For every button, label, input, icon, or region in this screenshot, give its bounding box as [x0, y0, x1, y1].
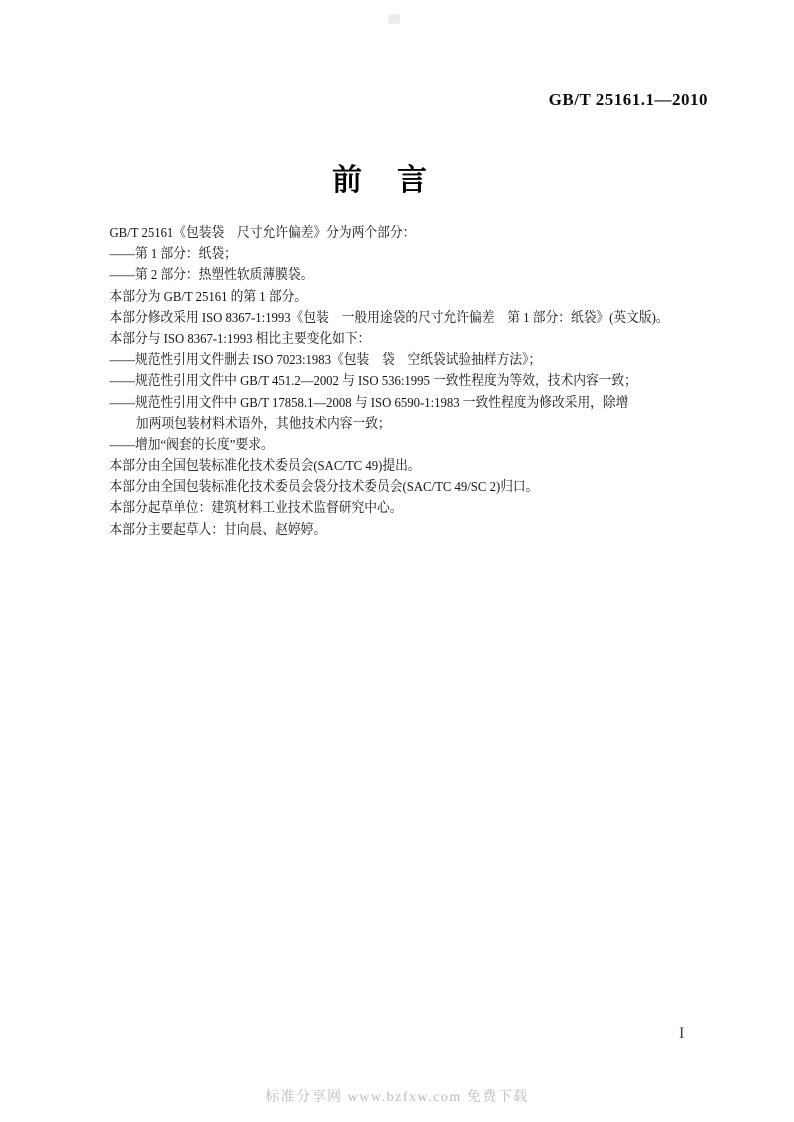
foreword-line: ——规范性引用文件中 GB/T 17858.1—2008 与 ISO 6590-… [84, 393, 721, 414]
page-number: I [679, 1025, 684, 1043]
foreword-line: ——规范性引用文件删去 ISO 7023:1983《包装 袋 空纸袋试验抽样方法… [84, 350, 721, 371]
foreword-body: GB/T 25161《包装袋 尺寸允许偏差》分为两个部分：——第 1 部分：纸袋… [84, 223, 721, 541]
scan-artifact [388, 14, 400, 24]
foreword-line: GB/T 25161《包装袋 尺寸允许偏差》分为两个部分： [84, 223, 721, 244]
document-page: GB/T 25161.1—2010 前言 GB/T 25161《包装袋 尺寸允许… [0, 0, 794, 1122]
foreword-line: 加两项包装材料术语外，其他技术内容一致； [84, 414, 721, 435]
watermark-text: 标准分享网 www.bzfxw.com 免费下载 [265, 1090, 529, 1105]
foreword-line: 本部分由全国包装标准化技术委员会(SAC/TC 49)提出。 [84, 456, 721, 477]
foreword-line: ——第 2 部分：热塑性软质薄膜袋。 [84, 265, 721, 286]
foreword-line: 本部分主要起草人：甘向晨、赵婷婷。 [84, 520, 721, 541]
foreword-line: ——第 1 部分：纸袋； [84, 244, 721, 265]
foreword-line: ——规范性引用文件中 GB/T 451.2—2002 与 ISO 536:199… [84, 371, 721, 392]
foreword-line: 本部分为 GB/T 25161 的第 1 部分。 [84, 287, 721, 308]
foreword-line: 本部分起草单位：建筑材料工业技术监督研究中心。 [84, 498, 721, 519]
foreword-line: 本部分修改采用 ISO 8367-1:1993《包装 一般用途袋的尺寸允许偏差 … [84, 308, 721, 329]
page-title: 前言 [332, 164, 462, 197]
page-header: GB/T 25161.1—2010 [0, 90, 708, 110]
foreword-line: ——增加“阀套的长度”要求。 [84, 435, 721, 456]
foreword-line: 本部分由全国包装标准化技术委员会袋分技术委员会(SAC/TC 49/SC 2)归… [84, 477, 721, 498]
standard-number: GB/T 25161.1—2010 [549, 90, 708, 109]
title-row: 前言 [0, 155, 794, 199]
foreword-line: 本部分与 ISO 8367-1:1993 相比主要变化如下： [84, 329, 721, 350]
watermark-row: 标准分享网 www.bzfxw.com 免费下载 [0, 1086, 794, 1106]
